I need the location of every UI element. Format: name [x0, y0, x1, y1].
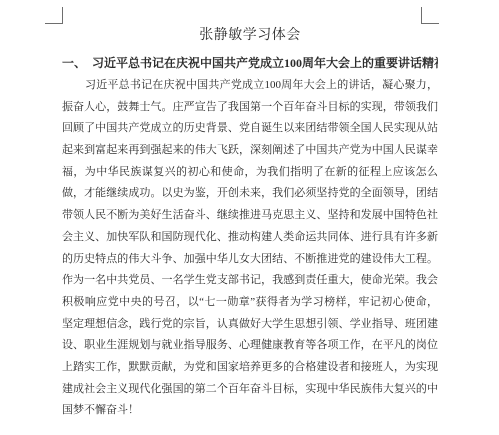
margin-crop-mark-top-left-vertical	[62, 7, 63, 24]
paragraph-body: 习近平总书记在庆祝中国共产党成立100周年大会上的讲话，凝心聚力， 振奋人心，鼓…	[62, 75, 438, 422]
paragraph-line: 设、职业生涯规划与就业指导服务、心理健康教育等各项工作，在平凡的岗位	[62, 335, 438, 357]
paragraph-line: 积极响应党中央的号召，以“七一勋章”获得者为学习榜样，牢记初心使命，	[62, 292, 438, 314]
paragraph-line: 国梦不懈奋斗！	[62, 400, 438, 422]
paragraph-line: 振奋人心，鼓舞士气。庄严宣告了我国第一个百年奋斗目标的实现，带领我们	[62, 97, 438, 119]
paragraph-line: 福，为中华民族谋复兴的初心和使命，为我们指明了在新的征程上应该怎么	[62, 162, 438, 184]
paragraph-line: 回顾了中国共产党成立的历史背景、党自诞生以来团结带领全国人民实现从站	[62, 118, 438, 140]
margin-crop-mark-top-right-vertical	[421, 7, 422, 24]
document-title: 张静敏学习体会	[62, 27, 438, 45]
paragraph-line: 做，才能继续成功。以史为鉴，开创未来，我们必须坚持党的全面领导，团结	[62, 183, 438, 205]
paragraph-line: 作为一名中共党员、一名学生党支部书记，我感到责任重大，使命光荣。我会	[62, 270, 438, 292]
margin-crop-mark-top-left-horizontal	[45, 23, 63, 24]
paragraph-line: 的历史特点的伟大斗争、加强中华儿女大团结、不断推进党的建设伟大工程。	[62, 249, 438, 271]
paragraph-line: 习近平总书记在庆祝中国共产党成立100周年大会上的讲话，凝心聚力，	[62, 75, 438, 97]
paragraph-line: 坚定理想信念，践行党的宗旨，认真做好大学生思想引领、学业指导、班团建	[62, 314, 438, 336]
paragraph-line: 会主义、加快军队和国防现代化、推动构建人类命运共同体、进行具有许多新	[62, 227, 438, 249]
margin-crop-mark-top-right-horizontal	[421, 23, 439, 24]
paragraph-line: 上踏实工作，默默贡献，为党和国家培养更多的合格建设者和接班人，为实现	[62, 357, 438, 379]
paragraph-line: 起来到富起来再到强起来的伟大飞跃，深刻阐述了中国共产党为中国人民谋幸	[62, 140, 438, 162]
paragraph-line: 建成社会主义现代化强国的第二个百年奋斗目标，实现中华民族伟大复兴的中	[62, 379, 438, 401]
document-page: 张静敏学习体会 一、 习近平总书记在庆祝中国共产党成立100周年大会上的重要讲话…	[0, 0, 499, 435]
section-heading: 一、 习近平总书记在庆祝中国共产党成立100周年大会上的重要讲话精神	[62, 55, 438, 71]
paragraph-line: 带领人民不断为美好生活奋斗、继续推进马克思主义、坚持和发展中国特色社	[62, 205, 438, 227]
